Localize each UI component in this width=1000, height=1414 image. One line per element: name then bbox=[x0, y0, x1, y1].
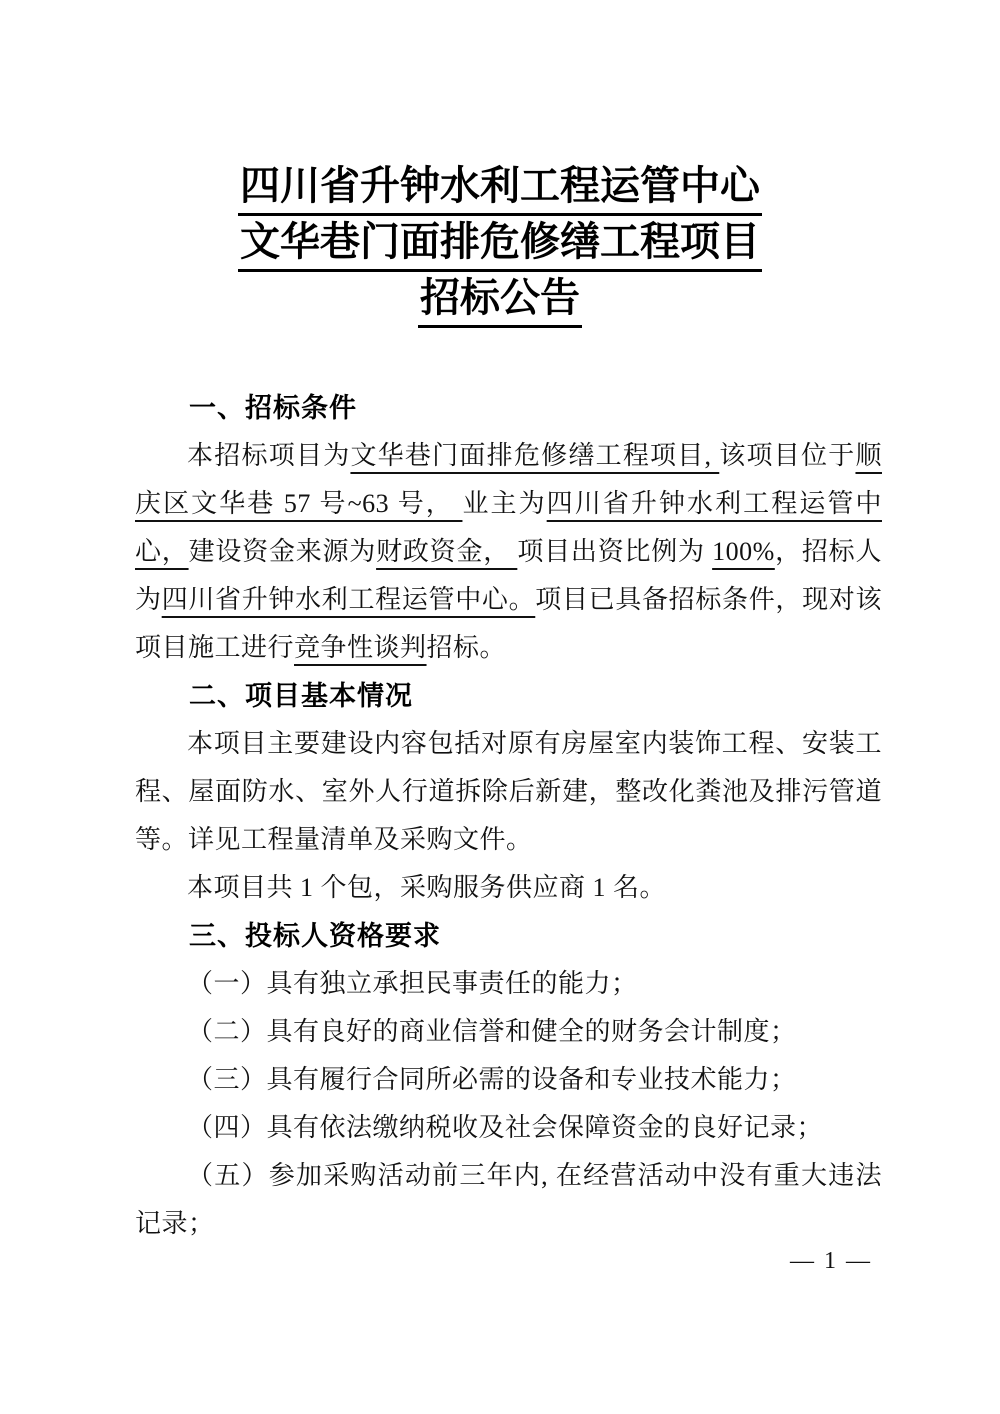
underlined-text: 财政资金， bbox=[376, 537, 517, 566]
paragraph: 本项目共 1 个包，采购服务供应商 1 名。 bbox=[135, 864, 882, 912]
text-run: 本项目主要建设内容包括对原有房屋室内装饰工程、安装工程、屋面防水、室外人行道拆除… bbox=[135, 729, 882, 854]
text-run: （四）具有依法缴纳税收及社会保障资金的良好记录； bbox=[187, 1113, 823, 1142]
text-run: 招标。 bbox=[427, 633, 507, 662]
section-heading: 一、招标条件 bbox=[135, 384, 882, 432]
paragraph: 本项目主要建设内容包括对原有房屋室内装饰工程、安装工程、屋面防水、室外人行道拆除… bbox=[135, 720, 882, 864]
paragraph: （五）参加采购活动前三年内, 在经营活动中没有重大违法记录； bbox=[135, 1152, 882, 1248]
paragraph: （一）具有独立承担民事责任的能力； bbox=[135, 960, 882, 1008]
page-number: — 1 — bbox=[790, 1248, 872, 1275]
paragraph: 本招标项目为文华巷门面排危修缮工程项目, 该项目位于顺庆区文华巷 57 号~63… bbox=[135, 432, 882, 672]
paragraph: （四）具有依法缴纳税收及社会保障资金的良好记录； bbox=[135, 1104, 882, 1152]
paragraph: （三）具有履行合同所必需的设备和专业技术能力； bbox=[135, 1056, 882, 1104]
document-title: 四川省升钟水利工程运管中心 文华巷门面排危修缮工程项目 招标公告 bbox=[0, 0, 1000, 328]
text-run: 建设资金来源为 bbox=[189, 537, 377, 566]
text-run: 业主为 bbox=[462, 489, 546, 518]
document-body: 一、招标条件本招标项目为文华巷门面排危修缮工程项目, 该项目位于顺庆区文华巷 5… bbox=[135, 384, 882, 1248]
text-run: 一、招标条件 bbox=[189, 393, 357, 423]
title-line-2: 文华巷门面排危修缮工程项目 bbox=[238, 216, 762, 272]
section-heading: 三、投标人资格要求 bbox=[135, 912, 882, 960]
text-run: （三）具有履行合同所必需的设备和专业技术能力； bbox=[187, 1065, 797, 1094]
title-row: 文华巷门面排危修缮工程项目 bbox=[0, 216, 1000, 272]
text-run: 本招标项目为 bbox=[187, 441, 350, 470]
underlined-text: 100% bbox=[712, 537, 775, 566]
underlined-text: 四川省升钟水利工程运管中心。 bbox=[162, 585, 536, 614]
title-row: 招标公告 bbox=[0, 272, 1000, 328]
text-run: 项目出资比例为 bbox=[517, 537, 712, 566]
section-heading: 二、项目基本情况 bbox=[135, 672, 882, 720]
underlined-text: 竞争性谈判 bbox=[294, 633, 427, 662]
document-page: 四川省升钟水利工程运管中心 文华巷门面排危修缮工程项目 招标公告 一、招标条件本… bbox=[0, 0, 1000, 1414]
underlined-text: 文华巷门面排危修缮工程项目, bbox=[350, 441, 719, 470]
text-run: （一）具有独立承担民事责任的能力； bbox=[187, 969, 638, 998]
text-run: 该项目位于 bbox=[719, 441, 855, 470]
title-line-3: 招标公告 bbox=[418, 272, 582, 328]
text-run: 本项目共 1 个包，采购服务供应商 1 名。 bbox=[187, 873, 666, 902]
text-run: 三、投标人资格要求 bbox=[189, 921, 441, 951]
title-line-1: 四川省升钟水利工程运管中心 bbox=[238, 160, 762, 216]
title-row: 四川省升钟水利工程运管中心 bbox=[0, 160, 1000, 216]
paragraph: （二）具有良好的商业信誉和健全的财务会计制度； bbox=[135, 1008, 882, 1056]
text-run: （二）具有良好的商业信誉和健全的财务会计制度； bbox=[187, 1017, 797, 1046]
text-run: （五）参加采购活动前三年内, 在经营活动中没有重大违法记录； bbox=[135, 1161, 882, 1238]
text-run: 二、项目基本情况 bbox=[189, 681, 413, 711]
